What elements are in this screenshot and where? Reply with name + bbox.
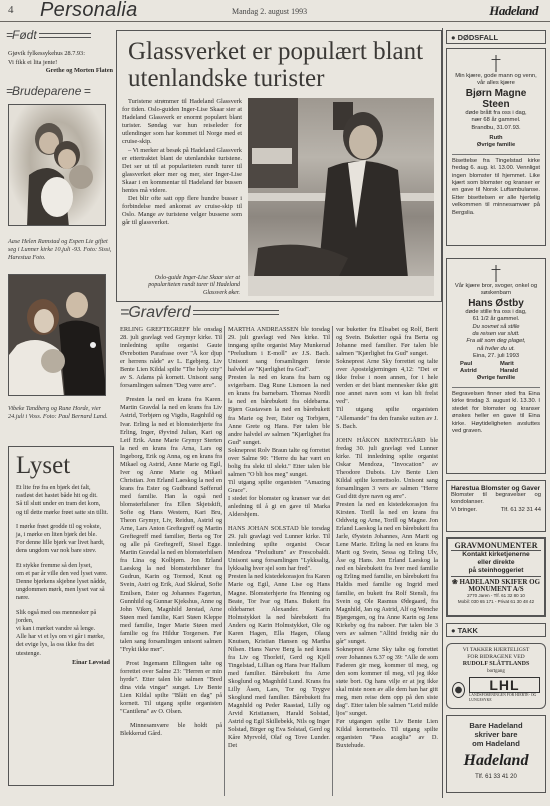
poem-stanza: Slik også med oss mennesker på jorden, v…: [16, 609, 110, 658]
monument-company-logo: ❀ HADELAND SKIFER OG MONUMENT A/S: [451, 576, 541, 593]
memorial-verse: da reisen var slutt.: [452, 331, 540, 338]
couples-heading: =Brudeparene =: [6, 84, 90, 98]
notice-detail: 61 1/2 år gammel.: [452, 316, 540, 323]
cross-icon: †: [452, 263, 540, 283]
birth-announcement: Gjøvik fylkessykehus 28.7.93: Vi fikk ei…: [8, 50, 113, 76]
thanks-line: VI TAKKER HJERTELIGST: [447, 647, 545, 654]
monument-mobile: Mobil: 030 65 171 - Privat 61 30 48 42: [451, 599, 541, 605]
funeral-report: Prost Ingemann Ellingsen talte og forret…: [120, 660, 222, 716]
funeral-notice: Bisettelse fra Tingelstad kirke fredag 6…: [452, 154, 540, 217]
funerals-heading: =Gravferd: [120, 304, 279, 322]
funeral-report: Presten la ned en krans fra barn og svig…: [228, 374, 330, 446]
monument-title: GRAVMONUMENTER: [451, 542, 541, 551]
funeral-report: I stedet for blomster og kranser var det…: [228, 495, 330, 519]
wedding-photo-1-caption: Aase Helen Ramstad og Espen Lie giftet s…: [8, 238, 112, 261]
memorial-verse: nå hviler du ut.: [452, 346, 540, 353]
funeral-report: Sokneprest Arne Sky talte og forrettet o…: [336, 646, 438, 718]
seal-icon: [452, 682, 465, 698]
memorial-verse: Du sovnet så stille: [452, 324, 540, 331]
wedding-photo-2: [8, 274, 106, 396]
funerals-column-1: ERLING GREFTEGREFF ble onsdag 28. juli g…: [120, 326, 222, 738]
article-paragraph: Det blir ofte satt opp flere hundre buss…: [122, 195, 242, 227]
hadeland-logo: Hadeland: [447, 752, 545, 770]
notice-signer: Marit: [500, 361, 540, 368]
notice-signer: Paul: [460, 361, 500, 368]
born-heading: =Født: [6, 28, 91, 42]
poem-title: Lyset: [16, 452, 70, 480]
funeral-report: MARTHA ANDREASSEN ble torsdag 29. juli g…: [228, 326, 330, 374]
funeral-report: JOHN HÅKON BJØNTEGÅRD ble fredag 30. jul…: [336, 437, 438, 501]
thanks-line: FOR BIDRAGENE VED: [447, 654, 545, 661]
funeral-report: Sokneprest Rolv Braun talte og forrettet…: [228, 447, 330, 479]
column-divider: [332, 326, 333, 796]
poem-body: Et lite frø fra en bjørk det falt, rastl…: [16, 484, 110, 667]
promo-line: Bare Hadeland: [447, 721, 545, 730]
poem-stanza: I mørke frøet grodde til og vokste, ja, …: [16, 523, 110, 556]
deceased-name: Bjørn Magne Steen: [452, 88, 540, 110]
notice-place-date: Eina, 27. juli 1993: [452, 353, 540, 360]
funeral-report: var buketter fra Elisabet og Rolf, Berit…: [336, 326, 438, 358]
article-body: Turistene strømmer til Hadeland Glassver…: [122, 98, 242, 228]
article-paragraph: – Vi merker at besøk på Hadeland Glassve…: [122, 147, 242, 196]
section-title: Personalia: [40, 0, 138, 22]
funeral-report: Minnesamvære ble holdt på Blekkerud Gård…: [120, 722, 222, 738]
florist-ad: Harestua Blomster og Gaver Blomster til …: [446, 480, 546, 532]
notice-signer: Harald: [500, 368, 540, 375]
promo-phone: Tlf. 61 33 41 20: [447, 774, 545, 780]
death-notice-1: † Min kjære, gode mann og venn, vår alle…: [446, 48, 546, 246]
funeral-report: Presten la ned en krans fra Karen. Marti…: [120, 396, 222, 654]
notice-signer: Øvrige familie: [452, 142, 540, 149]
birth-signature: Grethe og Morten Flaten: [8, 67, 113, 76]
poem-author: Einar Løvstad: [16, 659, 110, 667]
cross-icon: †: [452, 53, 540, 73]
wedding-photo-2-caption: Vibeke Tandberg og Rune Horde, vier 24.j…: [8, 405, 112, 421]
page-header: 4 Personalia Mandag 2. august 1993 Hadel…: [0, 0, 550, 22]
notice-intro: Min kjære, gode mann og venn, vår alles …: [452, 73, 540, 88]
signers-grid: Paul Marit Astrid Harald: [452, 361, 540, 376]
notice-signer: Ruth: [452, 135, 540, 142]
promo-line: om Hadeland: [447, 739, 545, 748]
notice-signer: Astrid: [460, 368, 500, 375]
thanks-heading: ● TAKK: [446, 623, 546, 637]
monument-ad: GRAVMONUMENTER Kontakt kirketjenerne ell…: [446, 537, 546, 617]
poem-stanza: Et stykke fremme så den lyset, om et par…: [16, 562, 110, 603]
column-divider: [224, 326, 225, 796]
monument-line: på steinhoggeriet: [451, 567, 541, 575]
deaths-heading: ● DØDSFALL: [446, 30, 546, 44]
memorial-verse: Fra alt som deg plaget,: [452, 338, 540, 345]
funeral-report: ERLING GREFTEGREFF ble onsdag 28. juli g…: [120, 326, 222, 390]
thanks-notice: VI TAKKER HJERTELIGST FOR BIDRAGENE VED …: [446, 643, 546, 709]
guide-portrait-icon: [248, 98, 434, 296]
funeral-notice: Begravelsen finner sted fra Eina kirke t…: [452, 387, 540, 435]
column-divider: [442, 28, 443, 798]
lhl-name: LANDSFORENINGEN FOR HJERTE- OG LUNGESYKE: [469, 693, 540, 702]
funeral-report: Presten la ned en kistedekorasjon fra Ki…: [336, 501, 438, 646]
florist-phone: Tlf. 61 32 31 44: [501, 507, 541, 514]
florist-text: Blomster til begravelser og kondolanser.: [451, 492, 541, 506]
monument-line: Kontakt kirketjenerne: [451, 551, 541, 559]
masthead-logo: Hadeland: [489, 3, 538, 19]
funeral-report: Før utgangen spilte Liv Bente Lien Kilda…: [336, 718, 438, 750]
promo-line: skriver bare: [447, 730, 545, 739]
flower-logo-icon: ❀: [452, 578, 458, 586]
hadeland-promo-ad: Bare Hadeland skriver bare om Hadeland H…: [446, 715, 546, 793]
article-photo: [248, 98, 434, 296]
death-notice-2: † Vår kjære bror, svoger, onkel og søske…: [446, 258, 546, 474]
article-headline: Glassverket er populært blant utenlandsk…: [128, 38, 438, 92]
funeral-report: Sokneprest Arne Sky forrettet og talte o…: [336, 358, 438, 406]
funerals-column-3: var buketter fra Elisabet og Rolf, Berit…: [336, 326, 438, 750]
lhl-logo: LHL LANDSFORENINGEN FOR HJERTE- OG LUNGE…: [452, 677, 540, 702]
funeral-report: Til utgang spilte organisten "Allemande"…: [336, 406, 438, 430]
notice-intro: Vår kjære bror, svoger, onkel og søskenb…: [452, 283, 540, 298]
thanks-occasion: bortgang: [447, 668, 545, 675]
deceased-name: Hans Østby: [452, 298, 540, 309]
bullet-icon: ●: [451, 626, 456, 635]
article-paragraph: Turistene strømmer til Hadeland Glassver…: [122, 98, 242, 147]
issue-date: Mandag 2. august 1993: [232, 7, 307, 16]
bullet-icon: ●: [451, 33, 456, 42]
notice-detail: Brandbu, 31.07.93.: [452, 125, 540, 132]
notice-detail: nær 68 år gammel.: [452, 117, 540, 124]
lhl-letters: LHL: [469, 677, 540, 693]
wedding-photo-1: [8, 104, 106, 226]
funeral-report: Presten la ned kistedekorasjon fra Karen…: [228, 573, 330, 750]
funeral-report: HANS JOHAN SOLSTAD ble torsdag 29. juli …: [228, 525, 330, 573]
poem-stanza: Et lite frø fra en bjørk det falt, rastl…: [16, 484, 110, 517]
funerals-column-2: MARTHA ANDREASSEN ble torsdag 29. juli g…: [228, 326, 330, 750]
notice-signer: Øvrige familie: [452, 375, 540, 382]
florist-name: Harestua Blomster og Gaver: [451, 485, 541, 492]
monument-line: eller direkte: [451, 559, 541, 567]
funeral-report: Til utgang spilte organisten "Amazing Gr…: [228, 479, 330, 495]
article-photo-caption: Oslo-guide Inger-Lise Skaar sier at popu…: [130, 275, 240, 297]
couple-silhouette-icon: [9, 105, 106, 226]
couple-silhouette-icon: [9, 275, 106, 396]
thanks-name: RUDOLF SLÅTTLANDS: [447, 661, 545, 668]
page-number: 4: [8, 4, 14, 16]
florist-delivery: Vi bringer.: [451, 507, 477, 514]
